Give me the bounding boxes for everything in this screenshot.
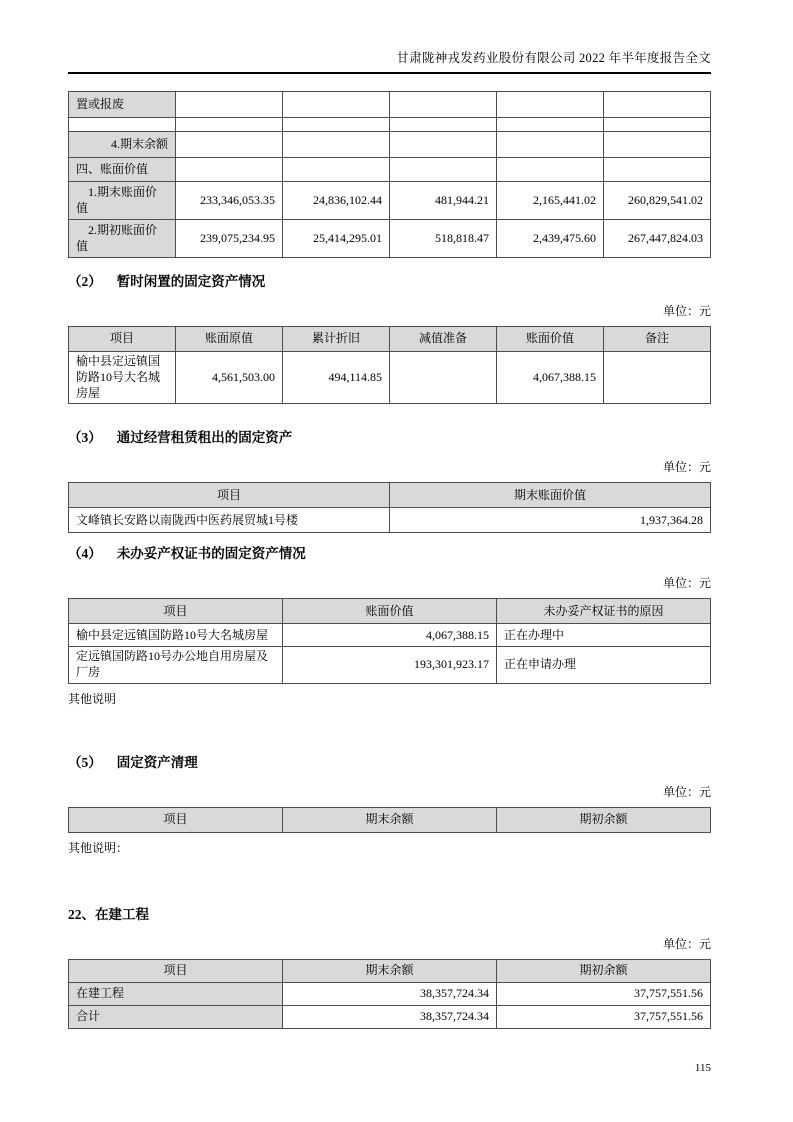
table-header-cell: 账面价值 bbox=[497, 327, 604, 352]
table-cell: 37,757,551.56 bbox=[497, 983, 711, 1006]
section-number: 22、 bbox=[68, 907, 95, 922]
table-header-row: 项目账面原值累计折旧减值准备账面价值备注 bbox=[69, 327, 711, 352]
table-header-row: 项目期末余额期初余额 bbox=[69, 960, 711, 983]
table-cell: 合计 bbox=[69, 1006, 283, 1029]
table-row: 四、账面价值 bbox=[69, 158, 711, 182]
table-cell: 37,757,551.56 bbox=[497, 1006, 711, 1029]
table-cell: 定远镇国防路10号办公地自用房屋及厂房 bbox=[69, 647, 283, 684]
leased-out-fixed-assets-table: 项目期末账面价值文峰镇长安路以南陇西中医药展贸城1号楼1,937,364.28 bbox=[68, 482, 711, 533]
table-cell bbox=[497, 158, 604, 182]
table-header-cell: 项目 bbox=[69, 483, 390, 508]
section-title: 固定资产清理 bbox=[117, 755, 198, 770]
table-cell bbox=[176, 118, 283, 132]
fixed-assets-continuation-table: 置或报废4.期末余额四、账面价值1.期末账面价值233,346,053.3524… bbox=[68, 91, 711, 258]
section-heading-no-certificate-assets: （4）未办妥产权证书的固定资产情况 bbox=[68, 545, 711, 563]
construction-in-progress-table: 项目期末余额期初余额在建工程38,357,724.3437,757,551.56… bbox=[68, 959, 711, 1029]
table-cell: 481,944.21 bbox=[390, 182, 497, 220]
section-title: 通过经营租赁租出的固定资产 bbox=[117, 430, 293, 445]
table-header-row: 项目账面价值未办妥产权证书的原因 bbox=[69, 599, 711, 624]
unit-label: 单位：元 bbox=[68, 576, 711, 591]
table-cell: 2.期初账面价值 bbox=[69, 220, 176, 258]
section-heading-idle-assets: （2）暂时闲置的固定资产情况 bbox=[68, 273, 711, 291]
table-header-row: 项目期末余额期初余额 bbox=[69, 808, 711, 833]
idle-fixed-assets-table: 项目账面原值累计折旧减值准备账面价值备注榆中县定远镇国防路10号大名城房屋4,5… bbox=[68, 326, 711, 404]
table-cell: 494,114.85 bbox=[283, 352, 390, 404]
table-cell: 4.期末余额 bbox=[69, 132, 176, 158]
table-cell bbox=[283, 118, 390, 132]
unit-label: 单位：元 bbox=[68, 785, 711, 800]
table-cell: 正在申请办理 bbox=[497, 647, 711, 684]
table-header-cell: 期末账面价值 bbox=[390, 483, 711, 508]
table-row: 合计38,357,724.3437,757,551.56 bbox=[69, 1006, 711, 1029]
table-cell: 38,357,724.34 bbox=[283, 983, 497, 1006]
table-row: 置或报废 bbox=[69, 92, 711, 118]
table-row: 榆中县定远镇国防路10号大名城房屋4,561,503.00494,114.854… bbox=[69, 352, 711, 404]
table-cell: 2,165,441.02 bbox=[497, 182, 604, 220]
table-header-cell: 项目 bbox=[69, 960, 283, 983]
table-row: 在建工程38,357,724.3437,757,551.56 bbox=[69, 983, 711, 1006]
page-number: 115 bbox=[68, 1062, 711, 1074]
table-header-cell: 累计折旧 bbox=[283, 327, 390, 352]
table-cell bbox=[497, 92, 604, 118]
table-cell: 24,836,102.44 bbox=[283, 182, 390, 220]
table-cell bbox=[604, 92, 711, 118]
table-cell: 置或报废 bbox=[69, 92, 176, 118]
table-cell: 正在办理中 bbox=[497, 624, 711, 647]
table-cell: 267,447,824.03 bbox=[604, 220, 711, 258]
table-cell: 1,937,364.28 bbox=[390, 508, 711, 533]
table-header-cell: 账面原值 bbox=[176, 327, 283, 352]
section-number: （4） bbox=[68, 546, 102, 561]
section-title: 在建工程 bbox=[95, 907, 149, 922]
table-cell: 518,818.47 bbox=[390, 220, 497, 258]
table-row: 榆中县定远镇国防路10号大名城房屋4,067,388.15正在办理中 bbox=[69, 624, 711, 647]
section-number: （3） bbox=[68, 430, 102, 445]
table-cell: 260,829,541.02 bbox=[604, 182, 711, 220]
table-cell: 25,414,295.01 bbox=[283, 220, 390, 258]
table-cell: 四、账面价值 bbox=[69, 158, 176, 182]
document-page: 甘肃陇神戎发药业股份有限公司 2022 年半年度报告全文 置或报废4.期末余额四… bbox=[0, 0, 793, 1122]
table-header-cell: 账面价值 bbox=[283, 599, 497, 624]
report-title: 甘肃陇神戎发药业股份有限公司 2022 年半年度报告全文 bbox=[68, 0, 711, 66]
table-cell: 1.期末账面价值 bbox=[69, 182, 176, 220]
table-cell bbox=[390, 352, 497, 404]
table-row bbox=[69, 118, 711, 132]
section-title: 未办妥产权证书的固定资产情况 bbox=[117, 546, 306, 561]
table-cell bbox=[283, 92, 390, 118]
table-cell bbox=[390, 118, 497, 132]
table-cell: 2,439,475.60 bbox=[497, 220, 604, 258]
table-cell bbox=[604, 118, 711, 132]
table-cell: 4,067,388.15 bbox=[283, 624, 497, 647]
table-cell: 4,067,388.15 bbox=[497, 352, 604, 404]
other-note: 其他说明 bbox=[68, 691, 711, 707]
table-row: 4.期末余额 bbox=[69, 132, 711, 158]
no-certificate-fixed-assets-table: 项目账面价值未办妥产权证书的原因榆中县定远镇国防路10号大名城房屋4,067,3… bbox=[68, 598, 711, 684]
table-cell bbox=[390, 158, 497, 182]
header-divider bbox=[68, 72, 711, 74]
table-row: 定远镇国防路10号办公地自用房屋及厂房193,301,923.17正在申请办理 bbox=[69, 647, 711, 684]
unit-label: 单位：元 bbox=[68, 937, 711, 952]
table-cell: 193,301,923.17 bbox=[283, 647, 497, 684]
table-cell: 239,075,234.95 bbox=[176, 220, 283, 258]
table-cell: 文峰镇长安路以南陇西中医药展贸城1号楼 bbox=[69, 508, 390, 533]
table-cell: 在建工程 bbox=[69, 983, 283, 1006]
table-cell bbox=[176, 92, 283, 118]
table-header-cell: 减值准备 bbox=[390, 327, 497, 352]
table-cell: 4,561,503.00 bbox=[176, 352, 283, 404]
unit-label: 单位：元 bbox=[68, 460, 711, 475]
section-heading-leased-assets: （3）通过经营租赁租出的固定资产 bbox=[68, 429, 711, 447]
section-heading-asset-disposal: （5）固定资产清理 bbox=[68, 754, 711, 772]
unit-label: 单位：元 bbox=[68, 304, 711, 319]
table-header-cell: 项目 bbox=[69, 327, 176, 352]
table-header-cell: 期末余额 bbox=[283, 808, 497, 833]
table-cell: 榆中县定远镇国防路10号大名城房屋 bbox=[69, 352, 176, 404]
table-cell bbox=[176, 132, 283, 158]
table-cell bbox=[176, 158, 283, 182]
table-cell bbox=[390, 132, 497, 158]
table-cell bbox=[390, 92, 497, 118]
table-cell: 38,357,724.34 bbox=[283, 1006, 497, 1029]
section-title: 暂时闲置的固定资产情况 bbox=[117, 274, 266, 289]
table-header-cell: 期初余额 bbox=[497, 960, 711, 983]
section-heading-construction-in-progress: 22、在建工程 bbox=[68, 906, 711, 924]
table-cell bbox=[497, 132, 604, 158]
table-cell bbox=[604, 132, 711, 158]
table-cell: 233,346,053.35 bbox=[176, 182, 283, 220]
table-cell bbox=[283, 132, 390, 158]
table-row: 1.期末账面价值233,346,053.3524,836,102.44481,9… bbox=[69, 182, 711, 220]
other-note: 其他说明： bbox=[68, 840, 711, 856]
table-header-cell: 期末余额 bbox=[283, 960, 497, 983]
table-cell: 榆中县定远镇国防路10号大名城房屋 bbox=[69, 624, 283, 647]
table-cell bbox=[604, 158, 711, 182]
table-cell bbox=[283, 158, 390, 182]
table-header-cell: 期初余额 bbox=[497, 808, 711, 833]
section-number: （2） bbox=[68, 274, 102, 289]
table-header-cell: 未办妥产权证书的原因 bbox=[497, 599, 711, 624]
table-cell bbox=[69, 118, 176, 132]
fixed-assets-disposal-table: 项目期末余额期初余额 bbox=[68, 807, 711, 833]
section-number: （5） bbox=[68, 755, 102, 770]
table-header-cell: 项目 bbox=[69, 808, 283, 833]
table-row: 文峰镇长安路以南陇西中医药展贸城1号楼1,937,364.28 bbox=[69, 508, 711, 533]
table-cell bbox=[604, 352, 711, 404]
table-cell bbox=[497, 118, 604, 132]
table-header-cell: 项目 bbox=[69, 599, 283, 624]
table-header-row: 项目期末账面价值 bbox=[69, 483, 711, 508]
table-row: 2.期初账面价值239,075,234.9525,414,295.01518,8… bbox=[69, 220, 711, 258]
table-header-cell: 备注 bbox=[604, 327, 711, 352]
